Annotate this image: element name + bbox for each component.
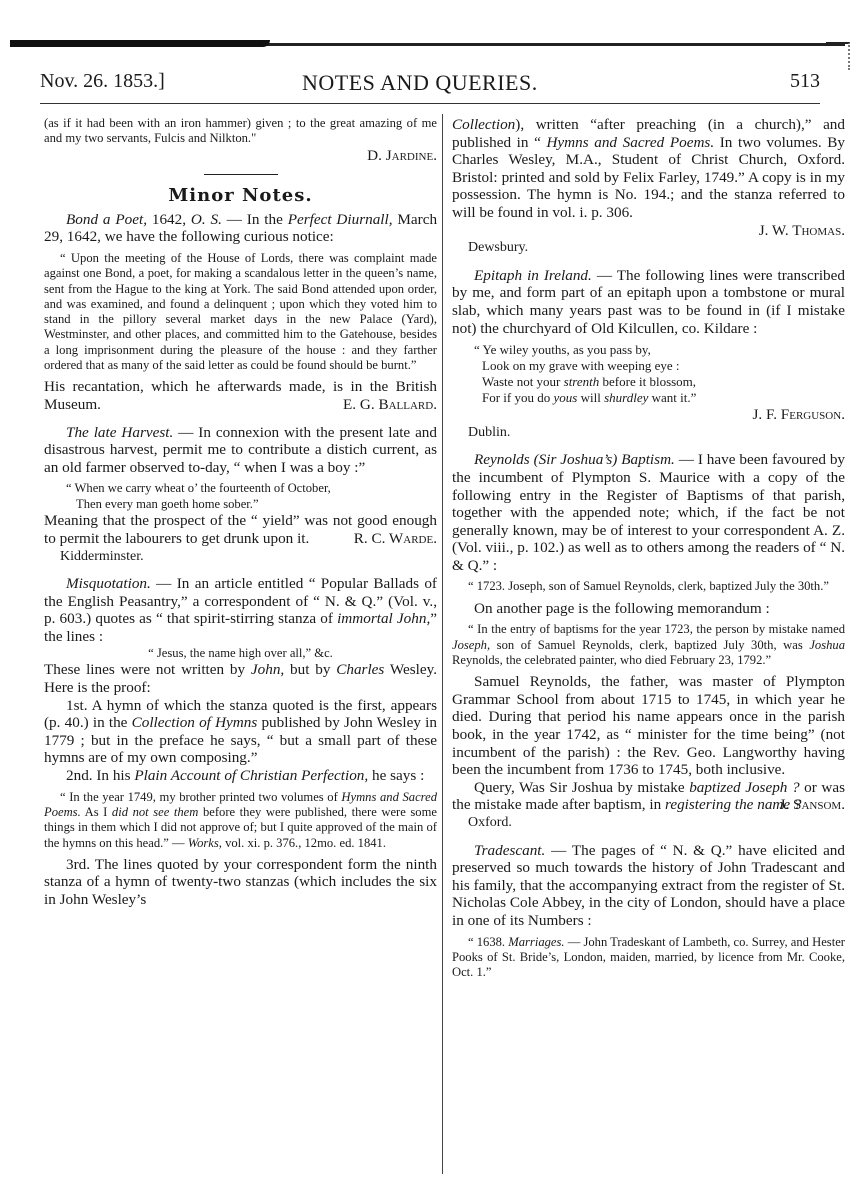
note-harvest-intro: The late Harvest. — In connexion with th… [44, 424, 437, 477]
header-date: Nov. 26. 1853.] [40, 70, 165, 93]
place-kidderminster: Kidderminster. [44, 548, 437, 566]
thick-rule [10, 40, 270, 47]
reynolds-memo-intro: On another page is the following memoran… [452, 600, 845, 618]
note-title: The late Harvest. [66, 424, 173, 441]
section-separator [204, 174, 278, 175]
top-printed-rule [10, 40, 845, 48]
note-reynolds-intro: Reynolds (Sir Joshua’s) Baptism. — I hav… [452, 451, 845, 574]
note-title: Misquotation. [66, 575, 151, 592]
note-title: Reynolds (Sir Joshua’s) Baptism. [474, 451, 675, 468]
note-title: Epitaph in Ireland. [474, 267, 592, 284]
note-title: Tradescant. [474, 842, 545, 859]
reynolds-register-entry: “ 1723. Joseph, son of Samuel Reynolds, … [452, 579, 845, 594]
reynolds-father-para: Samuel Reynolds, the father, was master … [452, 673, 845, 779]
quoted-hymn-line: “ Jesus, the name high over all,” &c. [44, 645, 437, 661]
running-header: Nov. 26. 1853.] NOTES AND QUERIES. 513 [40, 70, 820, 100]
page-corner-mark [826, 42, 850, 70]
reynolds-memorandum: “ In the entry of baptisms for the year … [452, 622, 845, 668]
signature-jardine: D. Jardine. [44, 147, 437, 165]
misquotation-third: 3rd. The lines quoted by your correspond… [44, 856, 437, 909]
column-divider [442, 114, 443, 1174]
misquotation-para1: These lines were not written by John, bu… [44, 661, 437, 696]
section-heading-minor-notes: Minor Notes. [44, 187, 437, 205]
note-misquotation-intro: Misquotation. — In an article entitled “… [44, 575, 437, 645]
continuation-quote: (as if it had been with an iron hammer) … [44, 116, 437, 147]
continuation-wesley: Collection), written “after preaching (i… [452, 116, 845, 222]
epitaph-verse: “ Ye wiley youths, as you pass by, Look … [452, 342, 845, 406]
signature-ballard: E. G. Ballard. [44, 396, 437, 414]
header-rule [40, 103, 820, 104]
right-column: Collection), written “after preaching (i… [452, 116, 845, 980]
note-tradescant-intro: Tradescant. — The pages of “ N. & Q.” ha… [452, 842, 845, 930]
journal-title: NOTES AND QUERIES. [302, 70, 538, 96]
place-dewsbury: Dewsbury. [452, 239, 845, 257]
note-title: Bond a Poet, [66, 211, 147, 228]
note-bond-intro: Bond a Poet, 1642, O. S. — In the Perfec… [44, 211, 437, 246]
harvest-distich: “ When we carry wheat o’ the fourteenth … [44, 481, 437, 512]
tradescant-marriage-entry: “ 1638. Marriages. — John Tradeskant of … [452, 935, 845, 981]
note-epitaph-intro: Epitaph in Ireland. — The following line… [452, 267, 845, 337]
misquotation-works-quote: “ In the year 1749, my brother printed t… [44, 790, 437, 851]
note-bond-quote: “ Upon the meeting of the House of Lords… [44, 251, 437, 373]
misquotation-second: 2nd. In his Plain Account of Christian P… [44, 767, 437, 785]
misquotation-first: 1st. A hymn of which the stanza quoted i… [44, 697, 437, 767]
signature-thomas: J. W. Thomas. [452, 222, 845, 240]
left-column: (as if it had been with an iron hammer) … [44, 116, 437, 909]
signature-ferguson: J. F. Ferguson. [452, 406, 845, 424]
place-oxford: Oxford. [452, 814, 845, 832]
page-number: 513 [790, 70, 820, 93]
place-dublin: Dublin. [452, 424, 845, 442]
